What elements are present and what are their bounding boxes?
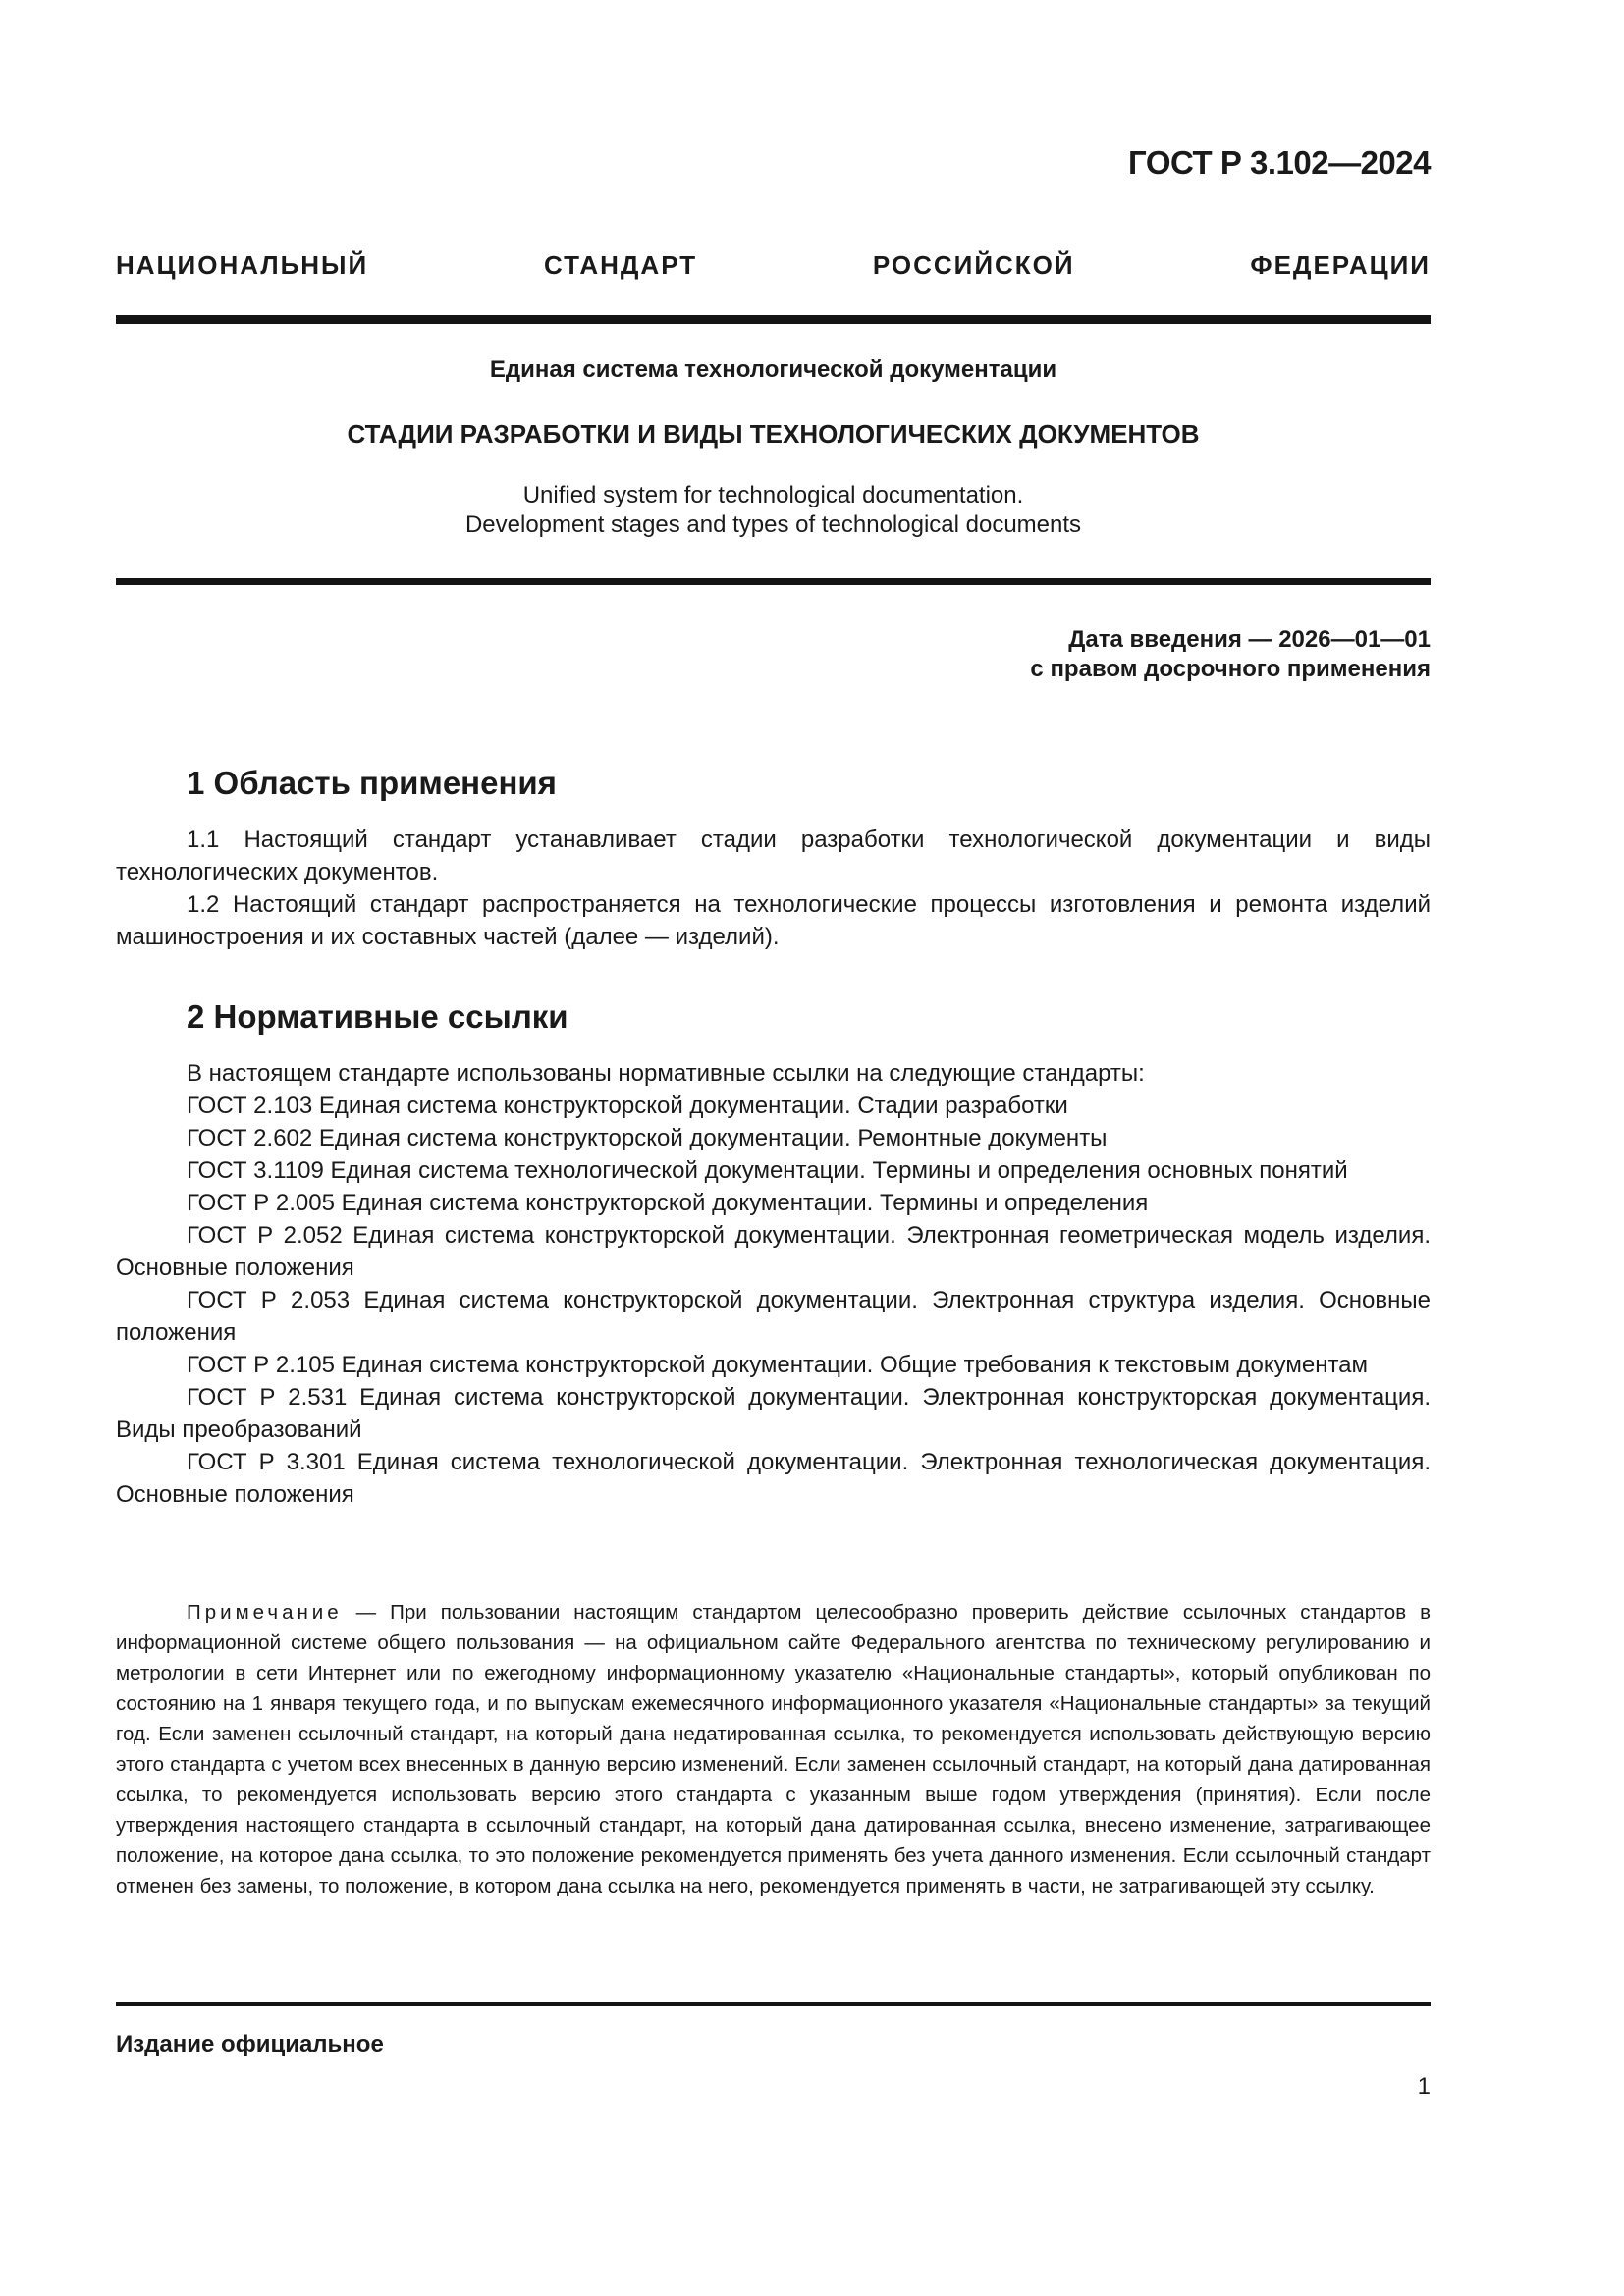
references-note: Примечание — При пользовании настоящим с… — [116, 1597, 1431, 1901]
national-standard-banner: НАЦИОНАЛЬНЫЙ СТАНДАРТ РОССИЙСКОЙ ФЕДЕРАЦ… — [116, 250, 1431, 281]
section-1-body: 1.1 Настоящий стандарт устанавливает ста… — [116, 824, 1431, 953]
early-application-note: с правом досрочного применения — [1030, 655, 1431, 684]
official-edition-label: Издание официальное — [116, 2031, 384, 2058]
system-name: Единая система технологической документа… — [116, 356, 1431, 384]
reference-item: ГОСТ Р 2.005 Единая система конструкторс… — [116, 1187, 1431, 1219]
reference-item: ГОСТ Р 2.052 Единая система конструкторс… — [116, 1219, 1431, 1284]
section-2-heading: 2 Нормативные ссылки — [187, 998, 568, 1036]
introduction-date-block: Дата введения — 2026—01—01 с правом доср… — [1030, 625, 1431, 684]
footer-rule-divider — [116, 2002, 1431, 2006]
section-2-body: В настоящем стандарте использованы норма… — [116, 1057, 1431, 1511]
references-intro: В настоящем стандарте использованы норма… — [116, 1057, 1431, 1090]
section-1-heading: 1 Область применения — [187, 765, 557, 802]
reference-item: ГОСТ Р 3.301 Единая система технологичес… — [116, 1446, 1431, 1511]
english-title-line-2: Development stages and types of technolo… — [116, 510, 1431, 540]
paragraph-1-2: 1.2 Настоящий стандарт распространяется … — [116, 888, 1431, 953]
document-title: СТАДИИ РАЗРАБОТКИ И ВИДЫ ТЕХНОЛОГИЧЕСКИХ… — [116, 419, 1431, 450]
page-number: 1 — [1418, 2073, 1431, 2101]
reference-item: ГОСТ Р 2.531 Единая система конструкторс… — [116, 1381, 1431, 1446]
title-rule-divider — [116, 578, 1431, 585]
reference-item: ГОСТ 3.1109 Единая система технологическ… — [116, 1154, 1431, 1187]
reference-item: ГОСТ 2.103 Единая система конструкторско… — [116, 1090, 1431, 1122]
reference-item: ГОСТ 2.602 Единая система конструкторско… — [116, 1122, 1431, 1154]
reference-item: ГОСТ Р 2.105 Единая система конструкторс… — [116, 1349, 1431, 1381]
english-title-line-1: Unified system for technological documen… — [116, 481, 1431, 510]
introduction-date: Дата введения — 2026—01—01 — [1030, 625, 1431, 655]
paragraph-1-1: 1.1 Настоящий стандарт устанавливает ста… — [116, 824, 1431, 888]
document-code: ГОСТ Р 3.102—2024 — [1128, 144, 1431, 182]
note-label: Примечание — [187, 1601, 343, 1624]
note-text: — При пользовании настоящим стандартом ц… — [116, 1601, 1431, 1897]
top-rule-divider — [116, 315, 1431, 324]
reference-item: ГОСТ Р 2.053 Единая система конструкторс… — [116, 1284, 1431, 1349]
english-title: Unified system for technological documen… — [116, 481, 1431, 540]
